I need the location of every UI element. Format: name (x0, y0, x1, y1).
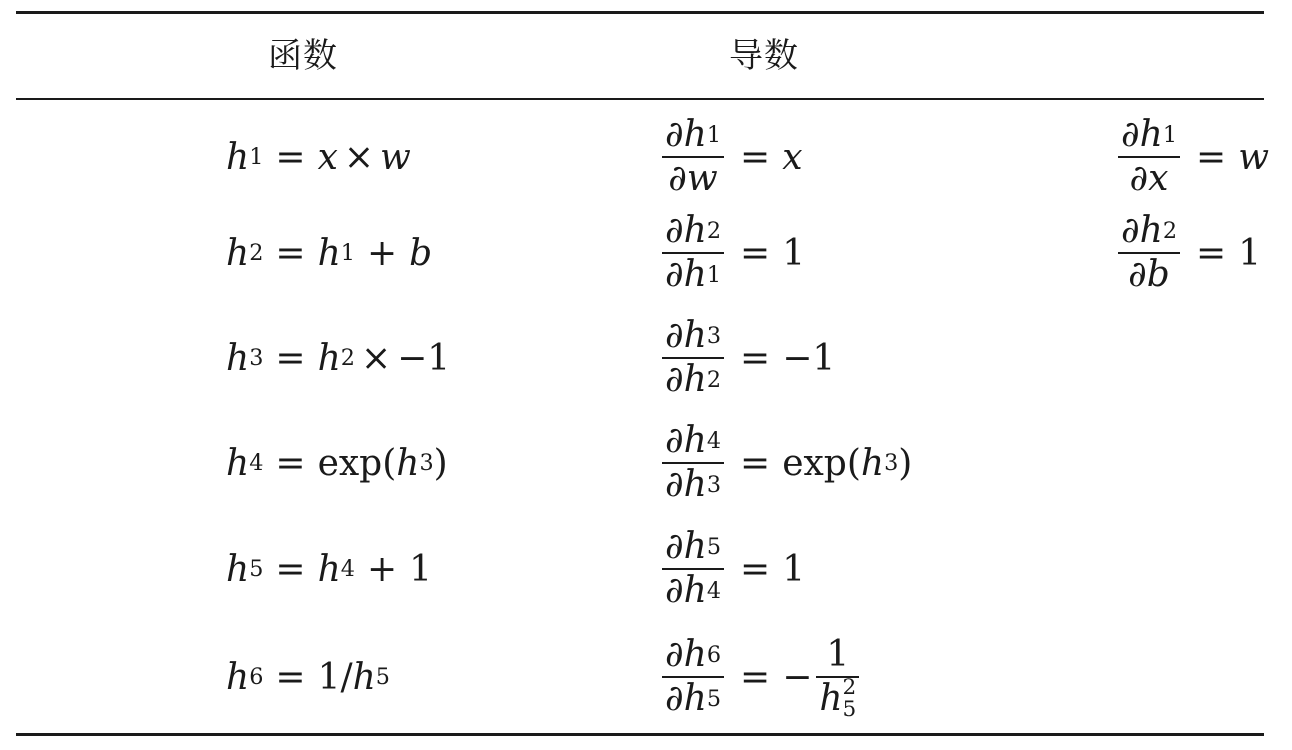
equals: = (275, 233, 305, 274)
fraction: ∂h3 ∂h2 (662, 315, 724, 401)
partial: ∂ (668, 159, 687, 199)
fraction: ∂h5 ∂h4 (662, 526, 724, 612)
superscript: 2 (843, 677, 857, 699)
partial: ∂ (665, 421, 684, 461)
fraction: ∂h1 ∂w (662, 114, 724, 200)
value: 1 (823, 634, 852, 676)
derivative-h5-h4: ∂h5 ∂h4 = 1 (662, 524, 805, 614)
value: 1 (1238, 233, 1261, 274)
var-b: b (409, 233, 432, 274)
var-h: h (684, 635, 707, 675)
fraction: 1 h25 (816, 634, 859, 720)
derivative-h2-b: ∂h2 ∂b = 1 (1118, 208, 1261, 298)
equals: = (275, 137, 305, 178)
equals: = (275, 657, 305, 698)
var-h: h (684, 255, 707, 295)
partial: ∂ (1121, 211, 1140, 251)
var-x: x (318, 137, 338, 178)
partial: ∂ (665, 571, 684, 611)
times: × (344, 137, 374, 178)
var-h: h (318, 549, 341, 590)
minus: − (782, 657, 812, 698)
plus: + (367, 233, 397, 274)
equals: = (1196, 233, 1226, 274)
var-x: x (782, 137, 802, 178)
fraction: ∂h2 ∂b (1118, 210, 1180, 296)
fraction: ∂h1 ∂x (1118, 114, 1180, 200)
equals: = (740, 233, 770, 274)
times: × (361, 338, 391, 379)
derivative-h3-h2: ∂h3 ∂h2 = −1 (662, 313, 835, 403)
function-h3: h3 = h2 × −1 (226, 313, 450, 403)
var-h: h (684, 316, 707, 356)
partial: ∂ (665, 115, 684, 155)
var-h: h (684, 527, 707, 567)
partial: ∂ (665, 255, 684, 295)
paren: ) (434, 443, 448, 484)
var-h: h (226, 549, 249, 590)
fraction: ∂h2 ∂h1 (662, 210, 724, 296)
paren: ( (382, 443, 396, 484)
equals: = (740, 549, 770, 590)
fraction: ∂h6 ∂h5 (662, 634, 724, 720)
var-h: h (226, 233, 249, 274)
var-h: h (226, 443, 249, 484)
function-h2: h2 = h1 + b (226, 208, 432, 298)
partial: ∂ (665, 211, 684, 251)
var-h: h (226, 137, 249, 178)
slash: / (340, 657, 352, 698)
var-h: h (1140, 115, 1163, 155)
var-w: w (687, 159, 718, 199)
var-h: h (684, 421, 707, 461)
partial: ∂ (665, 635, 684, 675)
var-x: x (1148, 159, 1168, 199)
partial: ∂ (1121, 115, 1140, 155)
derivative-h6-h5: ∂h6 ∂h5 = − 1 h25 (662, 632, 863, 722)
value: 1 (812, 338, 835, 379)
var-h: h (684, 360, 707, 400)
value: 1 (782, 549, 805, 590)
equals: = (740, 338, 770, 379)
minus: − (397, 338, 427, 379)
value: 1 (427, 338, 450, 379)
header-function: 函数 (268, 36, 338, 76)
equals: = (275, 338, 305, 379)
var-h: h (226, 338, 249, 379)
fraction: ∂h4 ∂h3 (662, 420, 724, 506)
sub: 5 (843, 699, 857, 721)
var-h: h (819, 679, 842, 719)
table-bottom-rule (16, 733, 1264, 736)
equals: = (740, 443, 770, 484)
function-h4: h4 = exp(h3) (226, 418, 448, 508)
paren: ) (898, 443, 912, 484)
equals: = (275, 443, 305, 484)
equals: = (1196, 137, 1226, 178)
value: 1 (409, 549, 432, 590)
derivative-h1-w: ∂h1 ∂w = x (662, 112, 803, 202)
value: 1 (318, 657, 341, 698)
var-h: h (318, 338, 341, 379)
var-h: h (684, 571, 707, 611)
exp-function: exp (782, 443, 847, 484)
function-h5: h5 = h4 + 1 (226, 524, 432, 614)
exp-function: exp (318, 443, 383, 484)
header-derivative: 导数 (729, 36, 799, 76)
var-h: h (684, 465, 707, 505)
partial: ∂ (1128, 255, 1147, 295)
var-h: h (1140, 211, 1163, 251)
var-h: h (861, 443, 884, 484)
partial: ∂ (665, 679, 684, 719)
var-h: h (353, 657, 376, 698)
function-h1: h1 = x × w (226, 112, 411, 202)
equals: = (275, 549, 305, 590)
minus: − (782, 338, 812, 379)
partial: ∂ (665, 360, 684, 400)
var-h: h (684, 115, 707, 155)
var-h: h (684, 679, 707, 719)
value: 1 (782, 233, 805, 274)
table-top-rule (16, 11, 1264, 14)
var-w: w (380, 137, 411, 178)
table-header-rule (16, 98, 1264, 100)
var-h: h (684, 211, 707, 251)
partial: ∂ (665, 527, 684, 567)
derivative-h2-h1: ∂h2 ∂h1 = 1 (662, 208, 805, 298)
var-h: h (396, 443, 419, 484)
partial: ∂ (665, 316, 684, 356)
var-h: h (318, 233, 341, 274)
function-h6: h6 = 1/h5 (226, 632, 390, 722)
partial: ∂ (665, 465, 684, 505)
partial: ∂ (1130, 159, 1149, 199)
equals: = (740, 657, 770, 698)
derivative-h1-x: ∂h1 ∂x = w (1118, 112, 1269, 202)
var-b: b (1147, 255, 1170, 295)
equals: = (740, 137, 770, 178)
var-w: w (1238, 137, 1269, 178)
paren: ( (847, 443, 861, 484)
var-h: h (226, 657, 249, 698)
plus: + (367, 549, 397, 590)
derivative-h4-h3: ∂h4 ∂h3 = exp(h3) (662, 418, 912, 508)
